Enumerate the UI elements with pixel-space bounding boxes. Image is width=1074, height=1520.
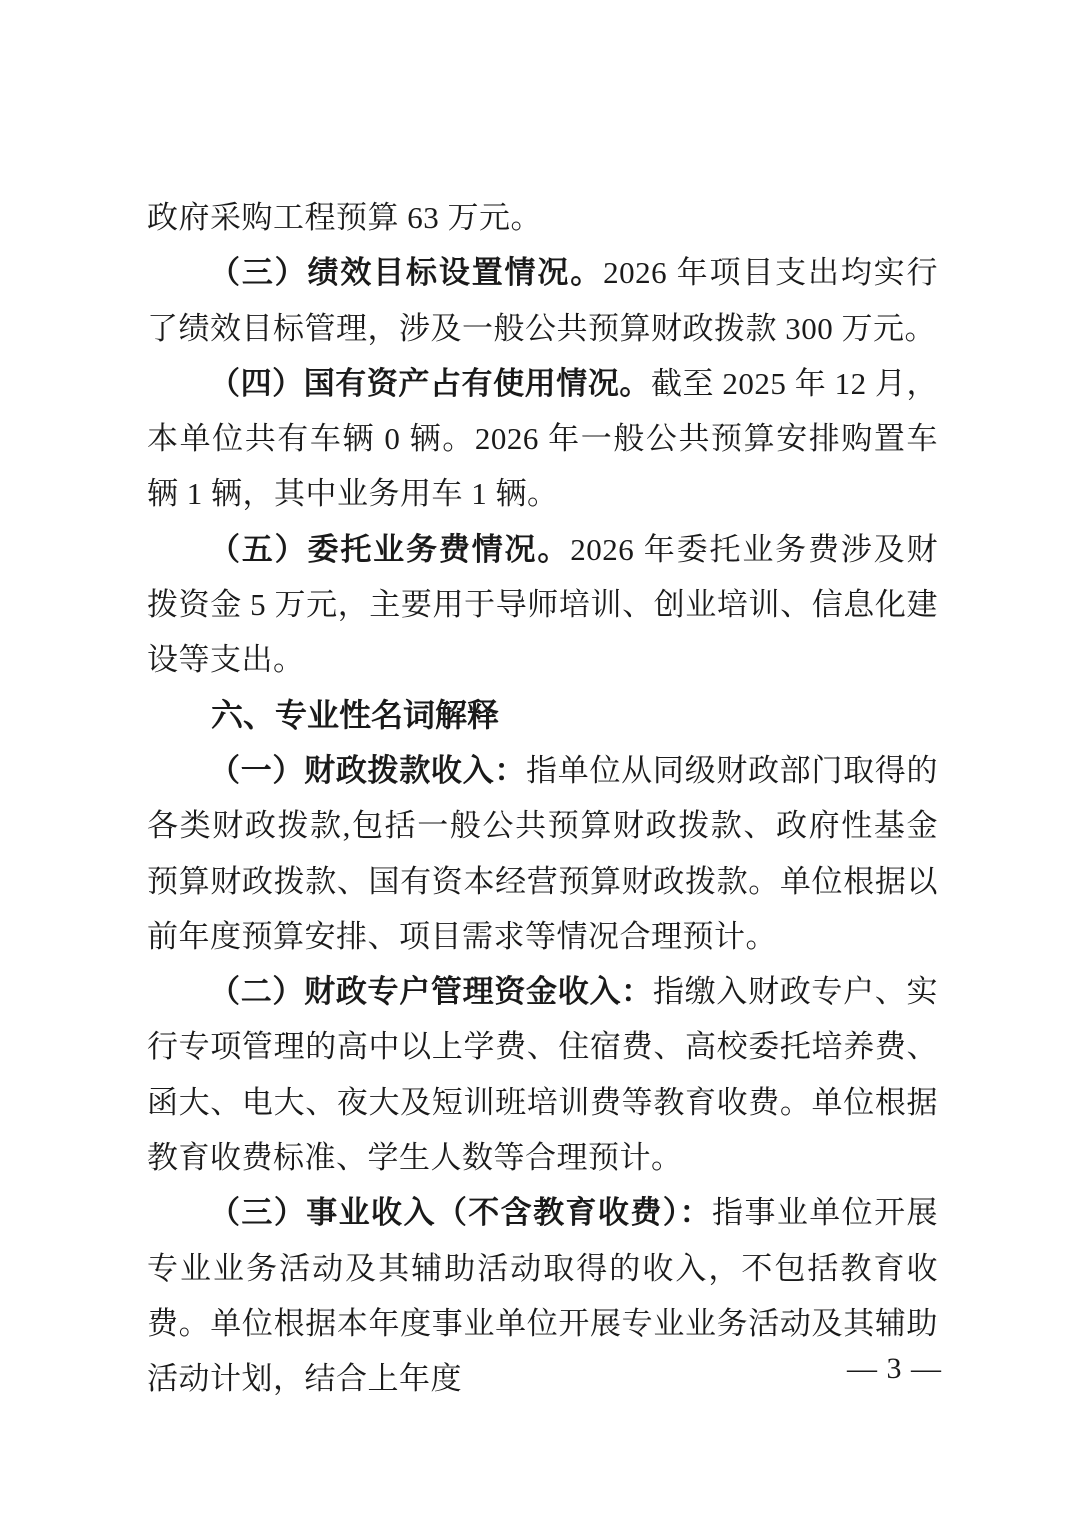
paragraph: （一）财政拨款收入：指单位从同级财政部门取得的各类财政拨款,包括一般公共预算财政… — [147, 743, 938, 964]
paragraph-lead: （二）财政专户管理资金收入： — [209, 974, 653, 1009]
document-page: 政府采购工程预算 63 万元。 （三）绩效目标设置情况。2026 年项目支出均实… — [0, 0, 1074, 1520]
paragraph: （三）绩效目标设置情况。2026 年项目支出均实行了绩效目标管理，涉及一般公共预… — [147, 245, 938, 356]
paragraph: （四）国有资产占有使用情况。截至 2025 年 12 月，本单位共有车辆 0 辆… — [147, 356, 938, 522]
paragraph-lead: （五）委托业务费情况。 — [209, 532, 570, 567]
paragraph: （五）委托业务费情况。2026 年委托业务费涉及财拨资金 5 万元，主要用于导师… — [147, 522, 938, 688]
paragraph-lead: （三）事业收入（不含教育收费）： — [209, 1195, 712, 1230]
paragraph: （二）财政专户管理资金收入：指缴入财政专户、实行专项管理的高中以上学费、住宿费、… — [147, 964, 938, 1185]
paragraph: 政府采购工程预算 63 万元。 — [147, 190, 938, 245]
paragraph-text: 政府采购工程预算 63 万元。 — [147, 200, 542, 235]
paragraph-lead: （三）绩效目标设置情况。 — [209, 255, 603, 290]
paragraph: （三）事业收入（不含教育收费）：指事业单位开展专业业务活动及其辅助活动取得的收入… — [147, 1185, 938, 1406]
paragraph-lead: （一）财政拨款收入： — [209, 753, 526, 788]
page-number: — 3 — — [847, 1352, 942, 1386]
paragraph-lead: （四）国有资产占有使用情况。 — [209, 366, 651, 401]
document-body: 政府采购工程预算 63 万元。 （三）绩效目标设置情况。2026 年项目支出均实… — [147, 190, 938, 1407]
section-heading: 六、专业性名词解释 — [147, 688, 938, 743]
